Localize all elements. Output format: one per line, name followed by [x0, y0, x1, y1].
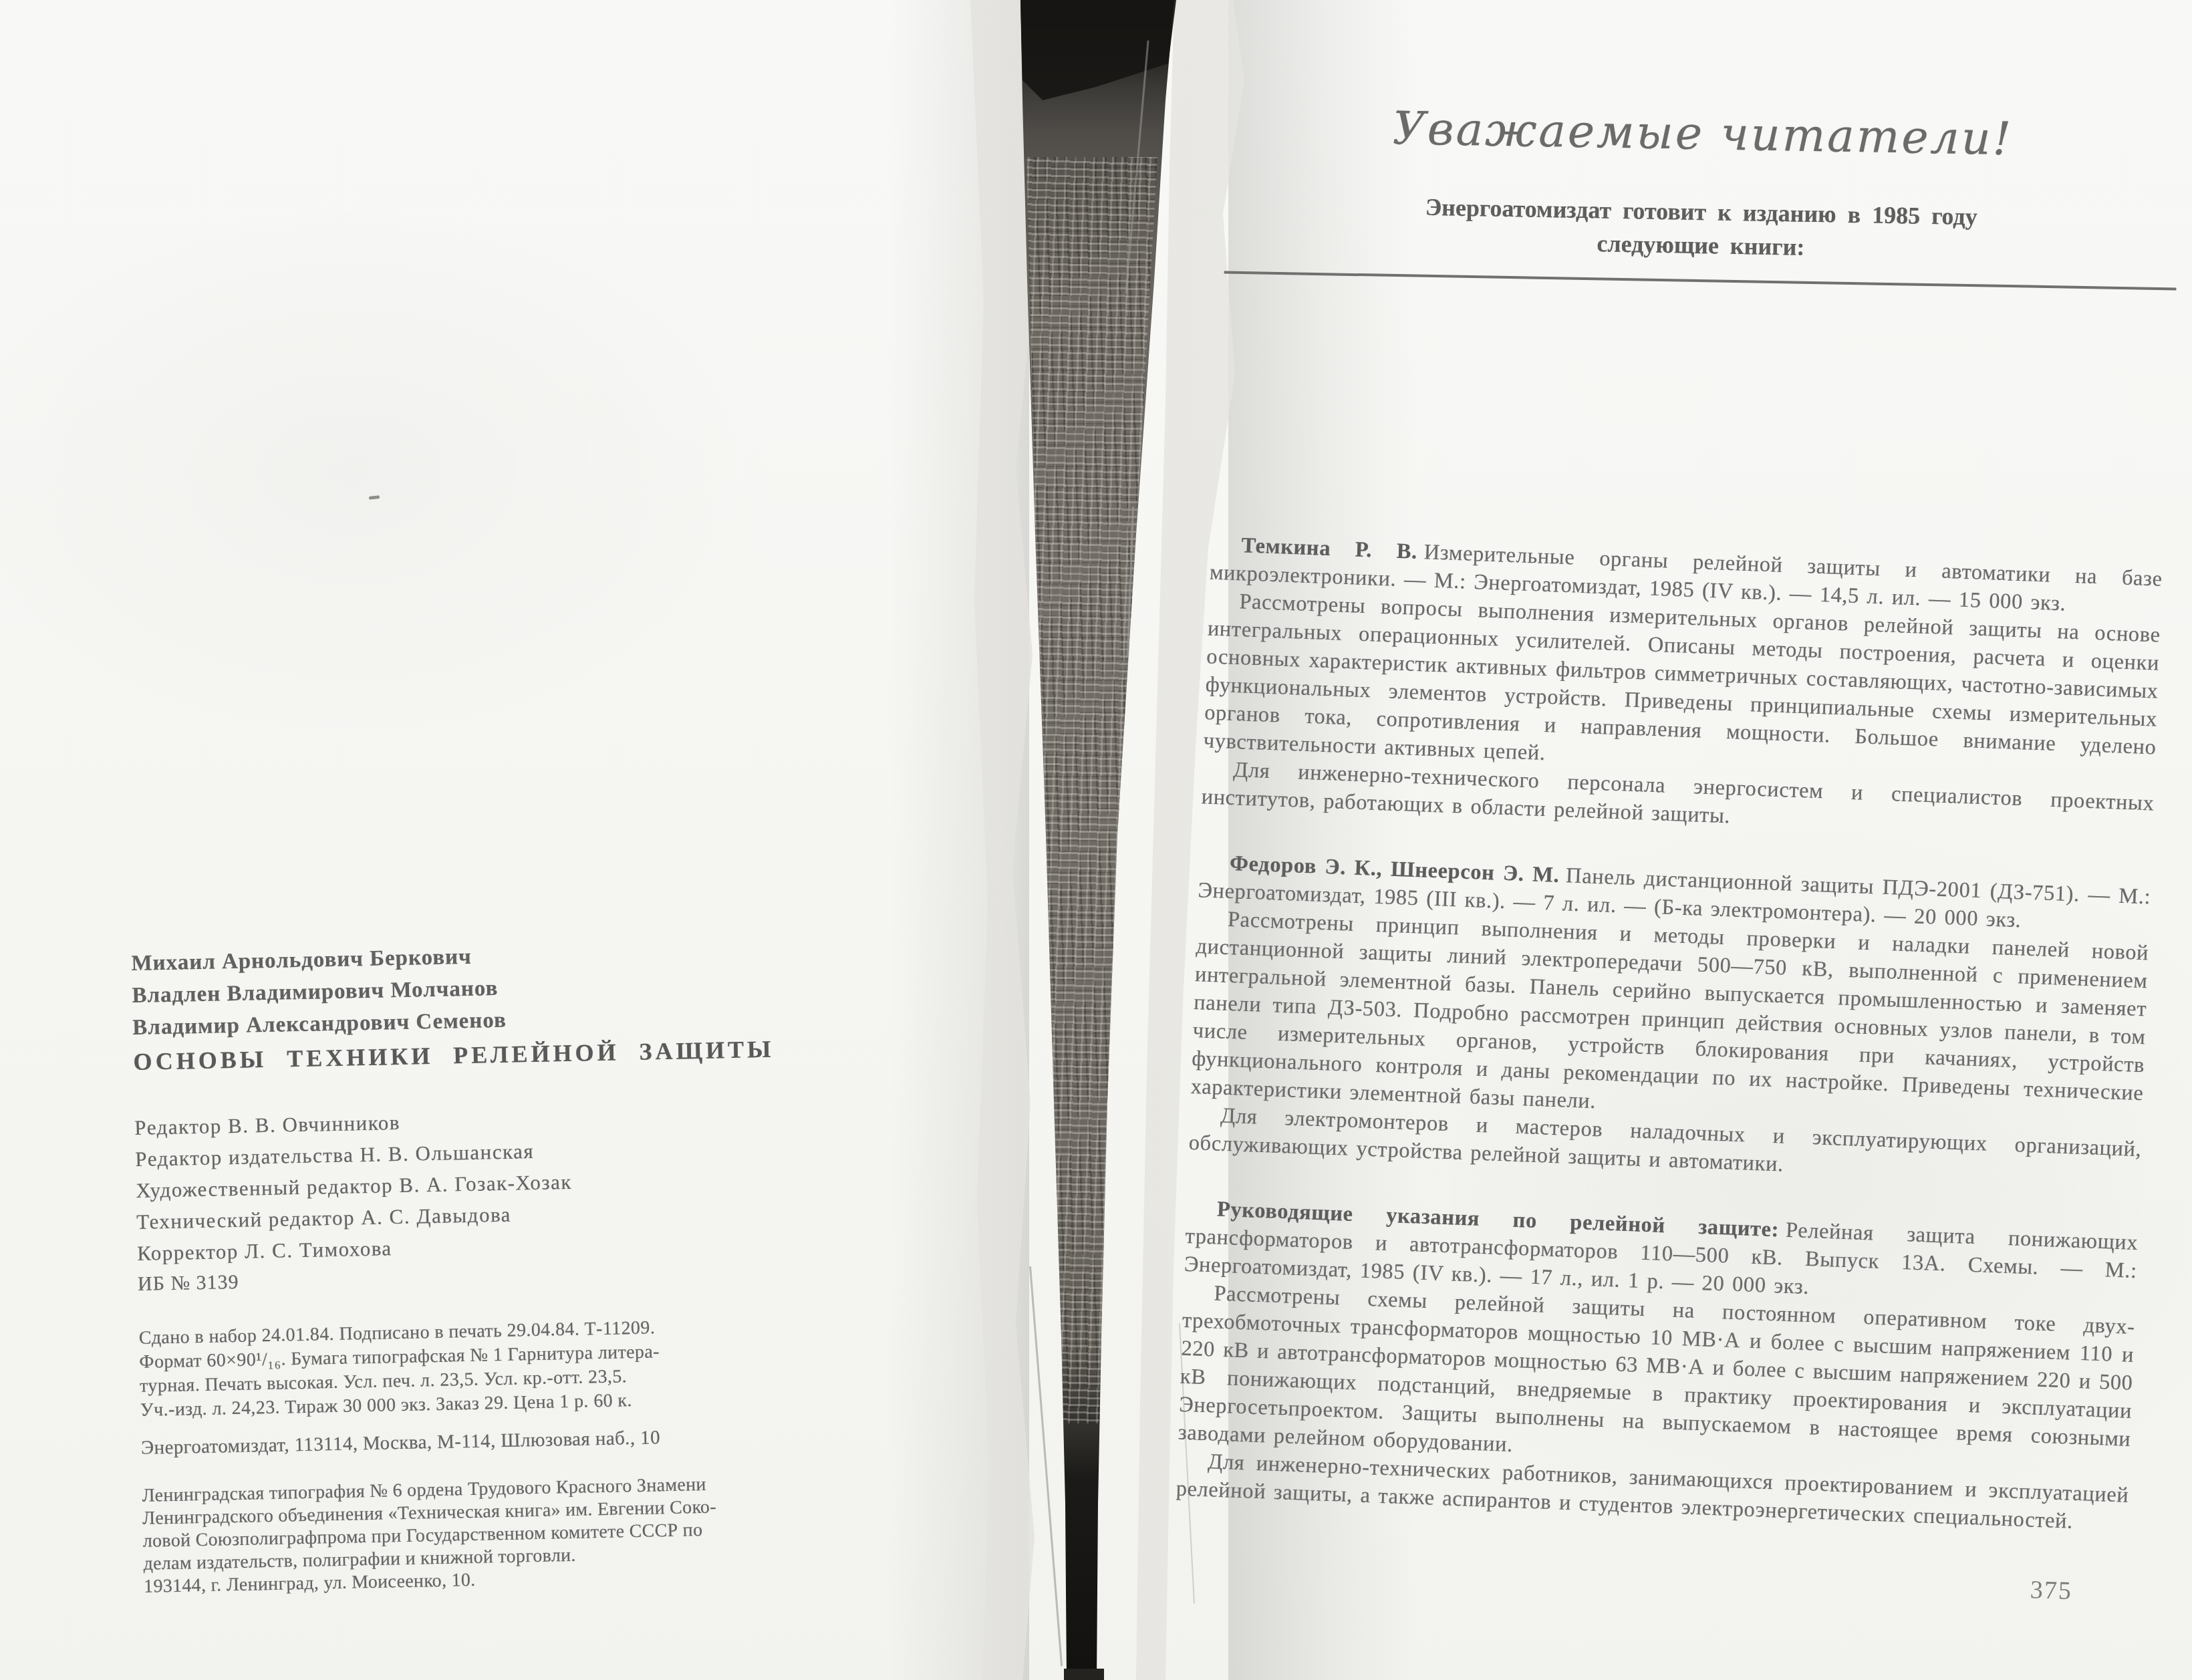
- colophon-page: Михаил Арнольдович Беркович Владлен Влад…: [131, 932, 919, 1598]
- book-annotation: Рассмотрены принцип выполнения и методы …: [1190, 904, 2149, 1135]
- book-announcement: Федоров Э. К., Шнеерсон Э. М.Панель дист…: [1188, 848, 2151, 1192]
- stray-ink-mark: [369, 495, 380, 500]
- page-subtitle: Энергоатомиздат готовит к изданию в 1985…: [1224, 187, 2178, 271]
- book-announcements: Темкина Р. В.Измерительные органы релейн…: [1176, 531, 2163, 1538]
- editorial-staff-block: Редактор В. В. Овчинников Редактор издат…: [134, 1097, 912, 1269]
- announcement-header: Уважаемые читатели! Энергоатомиздат гото…: [1224, 100, 2179, 291]
- author-block: Михаил Арнольдович Беркович Владлен Влад…: [131, 932, 908, 1044]
- bottom-scan-band-dark: [1064, 1669, 1104, 1680]
- paper-crease-line: [1029, 1266, 1063, 1666]
- publisher-address: Энергоатомиздат, 113114, Москва, М-114, …: [141, 1422, 916, 1459]
- announcement-page: Уважаемые читатели! Энергоатомиздат гото…: [1176, 63, 2180, 1538]
- book-authors: Темкина Р. В.: [1241, 533, 1418, 564]
- imprint-block: Сдано в набор 24.01.84. Подписано в печа…: [138, 1311, 916, 1423]
- book-annotation: Рассмотрены вопросы выполнения измерител…: [1203, 586, 2161, 789]
- book-annotation: Рассмотрены схемы релейной защиты на пос…: [1178, 1278, 2135, 1482]
- page-title: Уважаемые читатели!: [1226, 100, 2179, 169]
- page-number: 375: [2030, 1575, 2072, 1606]
- book-announcement: Руководящие указания по релейной защите:…: [1176, 1194, 2139, 1538]
- printing-house-block: Ленинградская типография № 6 ордена Труд…: [142, 1469, 919, 1598]
- book-announcement: Темкина Р. В.Измерительные органы релейн…: [1201, 531, 2163, 846]
- subtitle-rule: [1224, 271, 2177, 291]
